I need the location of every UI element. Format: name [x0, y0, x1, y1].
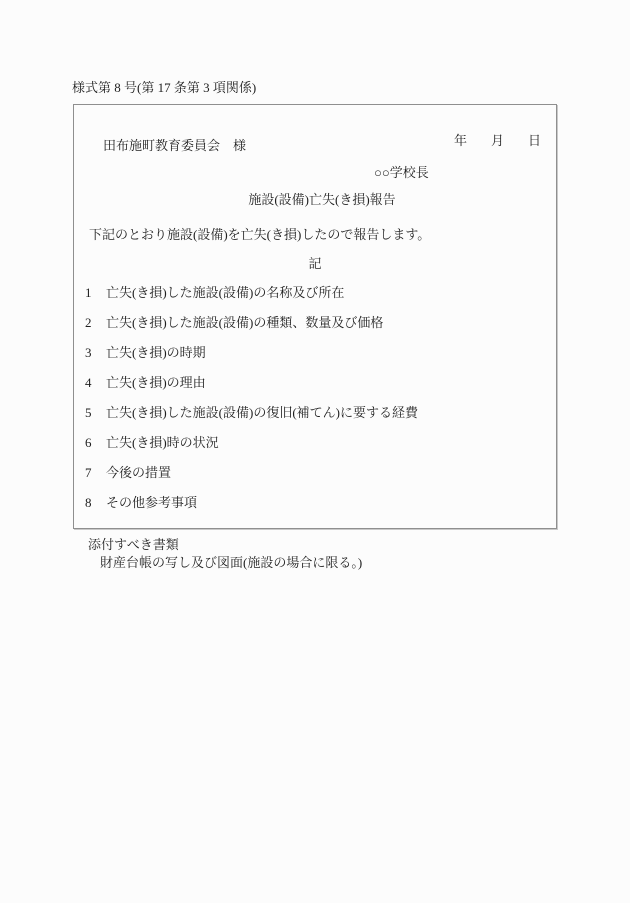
form-title: 施設(設備)亡失(き損)報告	[74, 193, 556, 206]
record-marker: 記	[74, 257, 556, 270]
item-row: 8 その他参考事項	[74, 496, 556, 526]
sender-title: ○○学校長	[374, 166, 429, 179]
item-row: 2 亡失(き損)した施設(設備)の種類、数量及び価格	[74, 316, 556, 346]
item-row: 5 亡失(き損)した施設(設備)の復旧(補てん)に要する経費	[74, 406, 556, 436]
item-row: 3 亡失(き損)の時期	[74, 346, 556, 376]
document-page: 様式第 8 号(第 17 条第 3 項関係) 年月日 田布施町教育委員会 様 ○…	[0, 0, 630, 903]
item-text: 亡失(き損)した施設(設備)の種類、数量及び価格	[106, 316, 383, 329]
item-number: 7	[85, 466, 92, 479]
month-label: 月	[491, 133, 504, 148]
item-text: 今後の措置	[106, 466, 171, 479]
item-number: 6	[85, 436, 92, 449]
form-number-label: 様式第 8 号(第 17 条第 3 項関係)	[72, 81, 256, 94]
item-number: 5	[85, 406, 92, 419]
attachments-heading: 添付すべき書類	[88, 538, 179, 551]
item-number: 3	[85, 346, 92, 359]
item-text: 亡失(き損)の時期	[106, 346, 206, 359]
report-form-box: 年月日 田布施町教育委員会 様 ○○学校長 施設(設備)亡失(き損)報告 下記の…	[73, 104, 557, 529]
item-text: 亡失(き損)時の状況	[106, 436, 219, 449]
addressee: 田布施町教育委員会 様	[103, 139, 246, 152]
item-number: 1	[85, 286, 92, 299]
item-text: 亡失(き損)した施設(設備)の復旧(補てん)に要する経費	[106, 406, 418, 419]
item-number: 8	[85, 496, 92, 509]
item-number: 4	[85, 376, 92, 389]
item-text: その他参考事項	[106, 496, 197, 509]
item-row: 7 今後の措置	[74, 466, 556, 496]
item-text: 亡失(き損)の理由	[106, 376, 206, 389]
item-row: 1 亡失(き損)した施設(設備)の名称及び所在	[74, 286, 556, 316]
item-text: 亡失(き損)した施設(設備)の名称及び所在	[106, 286, 344, 299]
item-row: 4 亡失(き損)の理由	[74, 376, 556, 406]
day-label: 日	[528, 133, 541, 148]
attachments-item: 財産台帳の写し及び図面(施設の場合に限る。)	[100, 556, 362, 569]
intro-text: 下記のとおり施設(設備)を亡失(き損)したので報告します。	[89, 228, 430, 241]
year-label: 年	[454, 133, 467, 148]
item-row: 6 亡失(き損)時の状況	[74, 436, 556, 466]
item-number: 2	[85, 316, 92, 329]
item-list: 1 亡失(き損)した施設(設備)の名称及び所在 2 亡失(き損)した施設(設備)…	[74, 286, 556, 526]
